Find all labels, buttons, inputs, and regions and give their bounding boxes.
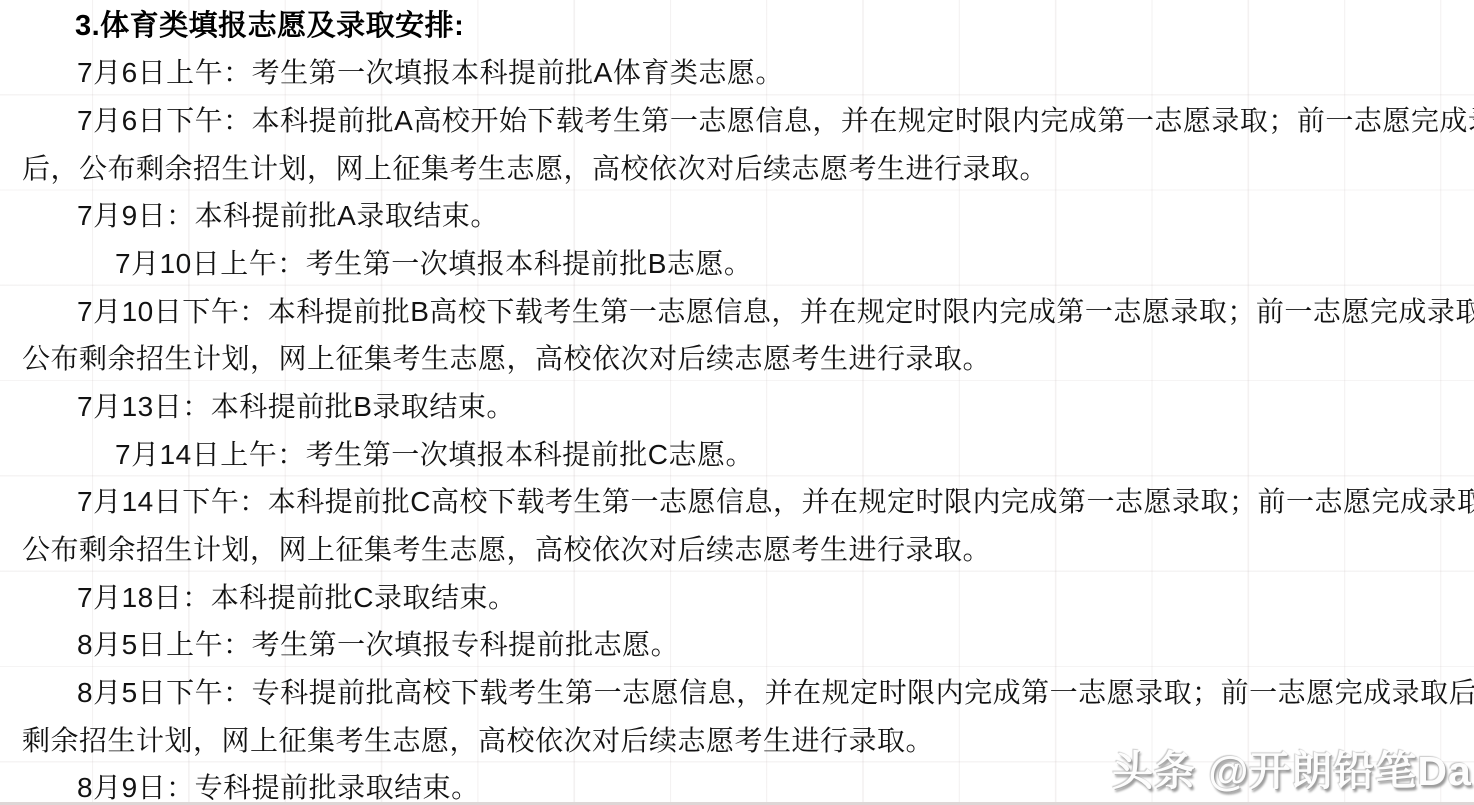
text-line: 公布剩余招生计划，网上征集考生志愿，高校依次对后续志愿考生进行录取。: [0, 334, 1474, 382]
text-line: 7月10日上午：考生第一次填报本科提前批B志愿。: [0, 238, 1474, 286]
text-line: 7月14日下午：本科提前批C高校下载考生第一志愿信息，并在规定时限内完成第一志愿…: [0, 477, 1474, 525]
toutiao-watermark: 头条 @开朗铅笔Da: [1112, 738, 1472, 797]
text-line: 8月5日上午：考生第一次填报专科提前批志愿。: [0, 620, 1474, 668]
text-line: 7月18日：本科提前批C录取结束。: [0, 572, 1474, 620]
text-line: 公布剩余招生计划，网上征集考生志愿，高校依次对后续志愿考生进行录取。: [0, 524, 1474, 572]
text-line: 7月14日上午：考生第一次填报本科提前批C志愿。: [0, 429, 1474, 477]
text-line: 7月6日上午：考生第一次填报本科提前批A体育类志愿。: [0, 48, 1474, 96]
text-line: 8月5日下午：专科提前批高校下载考生第一志愿信息，并在规定时限内完成第一志愿录取…: [0, 667, 1474, 715]
text-line: 7月13日：本科提前批B录取结束。: [0, 381, 1474, 429]
text-line: 后，公布剩余招生计划，网上征集考生志愿，高校依次对后续志愿考生进行录取。: [0, 143, 1474, 191]
article-body: 3.体育类填报志愿及录取安排: 7月6日上午：考生第一次填报本科提前批A体育类志…: [0, 0, 1474, 805]
article-page: 3.体育类填报志愿及录取安排: 7月6日上午：考生第一次填报本科提前批A体育类志…: [0, 0, 1474, 805]
text-line: 7月9日：本科提前批A录取结束。: [0, 191, 1474, 239]
text-line: 7月6日下午：本科提前批A高校开始下载考生第一志愿信息，并在规定时限内完成第一志…: [0, 95, 1474, 143]
text-line: 7月10日下午：本科提前批B高校下载考生第一志愿信息，并在规定时限内完成第一志愿…: [0, 286, 1474, 334]
section-heading: 3.体育类填报志愿及录取安排:: [0, 0, 1474, 48]
